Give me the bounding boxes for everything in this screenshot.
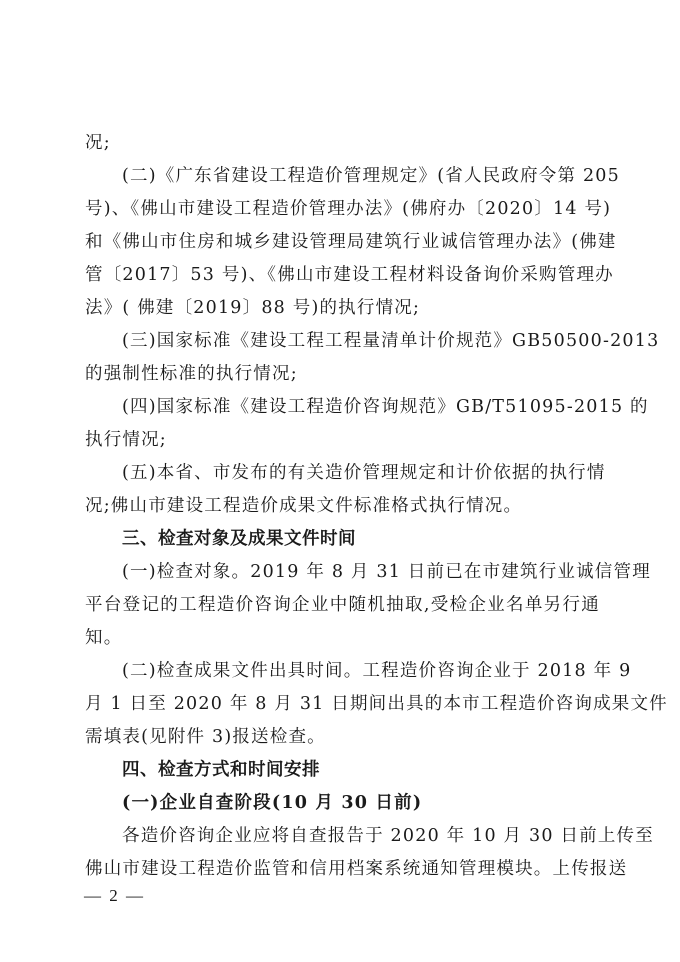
section-heading: 三、检查对象及成果文件时间 [122,524,600,554]
text-line: (五)本省、市发布的有关造价管理规定和计价依据的执行情 [122,458,600,488]
text-line: 月 1 日至 2020 年 8 月 31 日期间出具的本市工程造价咨询成果文件 [85,689,600,719]
document-page: 况;(二)《广东省建设工程造价管理规定》(省人民政府令第 205号)、《佛山市建… [0,0,680,962]
text-line: (三)国家标准《建设工程工程量清单计价规范》GB50500-2013 [122,326,600,356]
text-line: 号)、《佛山市建设工程造价管理办法》(佛府办〔2020〕14 号) [85,194,600,224]
subsection-heading: (一)企业自查阶段(10 月 30 日前) [122,788,600,818]
text-line: 法》( 佛建〔2019〕88 号)的执行情况; [85,293,600,323]
text-line: 的强制性标准的执行情况; [85,359,600,389]
text-line: 平台登记的工程造价咨询企业中随机抽取,受检企业名单另行通 [85,590,600,620]
text-line: 管〔2017〕53 号)、《佛山市建设工程材料设备询价采购管理办 [85,260,600,290]
text-line: (二)检查成果文件出具时间。工程造价咨询企业于 2018 年 9 [122,656,600,686]
text-line: 况; [85,128,600,158]
text-line: (一)检查对象。2019 年 8 月 31 日前已在市建筑行业诚信管理 [122,557,600,587]
text-line: 知。 [85,623,600,653]
text-line: 佛山市建设工程造价监管和信用档案系统通知管理模块。上传报送 [85,854,600,884]
page-number: — 2 — [84,886,145,906]
text-line: 况;佛山市建设工程造价成果文件标准格式执行情况。 [85,491,600,521]
text-line: 需填表(见附件 3)报送检查。 [85,722,600,752]
text-line: (四)国家标准《建设工程造价咨询规范》GB/T51095-2015 的 [122,392,600,422]
text-line: 各造价咨询企业应将自查报告于 2020 年 10 月 30 日前上传至 [122,821,600,851]
text-line: 执行情况; [85,425,600,455]
text-line: (二)《广东省建设工程造价管理规定》(省人民政府令第 205 [122,161,600,191]
text-line: 和《佛山市住房和城乡建设管理局建筑行业诚信管理办法》(佛建 [85,227,600,257]
section-heading: 四、检查方式和时间安排 [122,755,600,785]
